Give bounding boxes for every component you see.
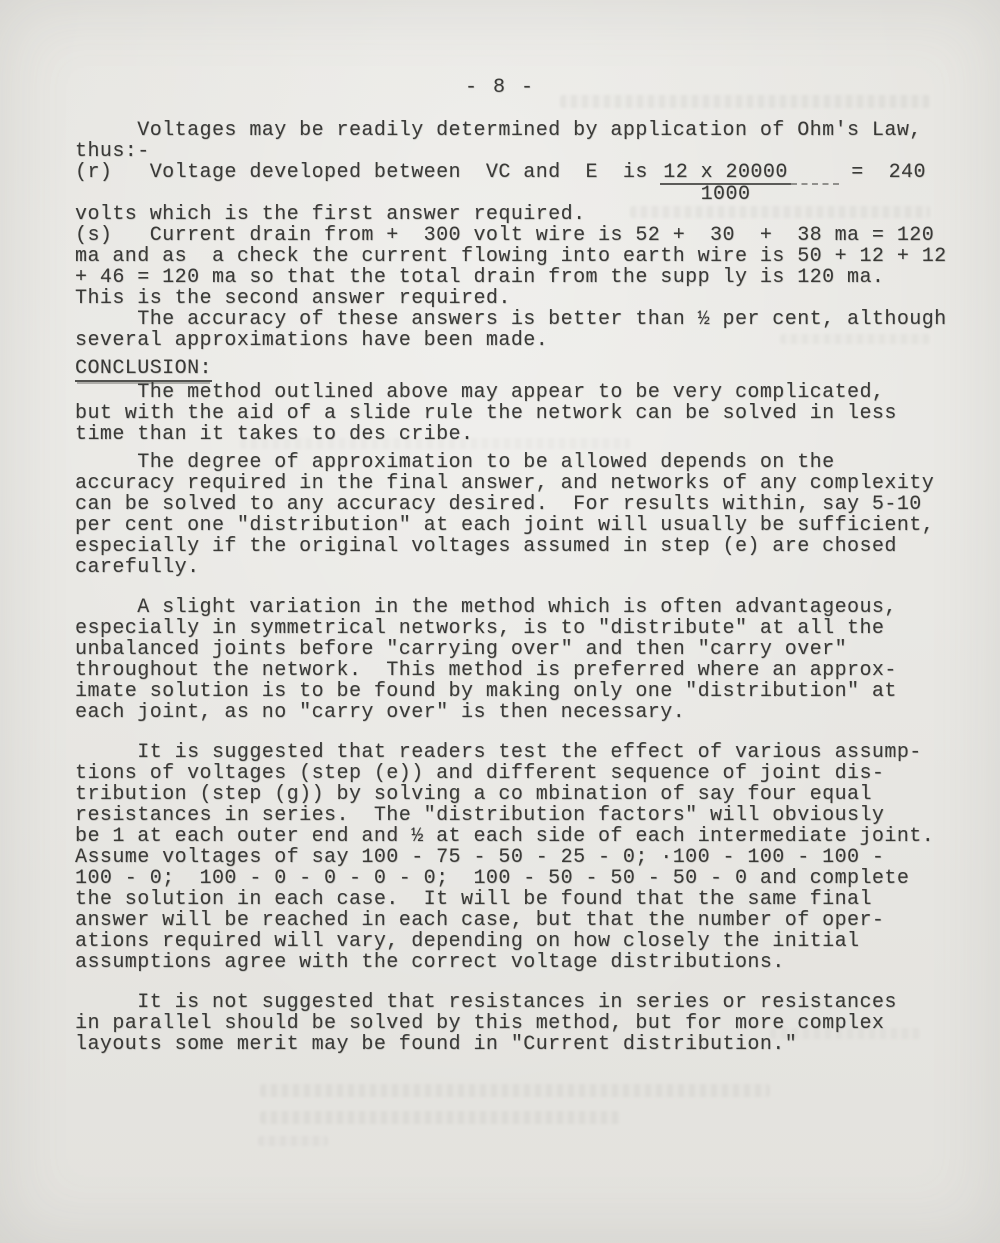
text-line: per cent one "distribution" at each join… bbox=[75, 515, 945, 536]
text-line: + 46 = 120 ma so that the total drain fr… bbox=[75, 267, 945, 288]
bleed-through-smudge bbox=[780, 334, 930, 344]
fraction-denominator: 1000 bbox=[701, 185, 751, 204]
bleed-through-smudge bbox=[630, 206, 930, 218]
bleed-through-smudge bbox=[560, 95, 930, 108]
bleed-through-smudge bbox=[240, 438, 630, 449]
paragraph-method-outlined: The method outlined above may appear to … bbox=[75, 382, 945, 445]
text-segment: = 240 bbox=[839, 162, 926, 183]
text-line: can be solved to any accuracy desired. F… bbox=[75, 494, 945, 515]
text-body: Voltages may be readily determined by ap… bbox=[75, 120, 945, 1055]
bleed-through-smudge bbox=[770, 1028, 920, 1039]
text-line: but with the aid of a slide rule the net… bbox=[75, 403, 945, 424]
text-line: 100 - 0; 100 - 0 - 0 - 0 - 0; 100 - 50 -… bbox=[75, 868, 945, 889]
text-line: tribution (step (g)) by solving a co mbi… bbox=[75, 784, 945, 805]
bleed-through-smudge bbox=[260, 1111, 620, 1124]
text-line: tions of voltages (step (e)) and differe… bbox=[75, 763, 945, 784]
text-segment: (r) Voltage developed between VC and E i… bbox=[75, 162, 660, 183]
paragraph-suggested-test: It is suggested that readers test the ef… bbox=[75, 742, 945, 973]
fraction-line: (r) Voltage developed between VC and E i… bbox=[75, 162, 945, 204]
text-line: Voltages may be readily determined by ap… bbox=[75, 120, 945, 141]
text-line: Assume voltages of say 100 - 75 - 50 - 2… bbox=[75, 847, 945, 868]
text-line: be 1 at each outer end and ½ at each sid… bbox=[75, 826, 945, 847]
conclusion-heading: CONCLUSION: bbox=[75, 358, 945, 382]
heading-line: CONCLUSION: bbox=[75, 358, 945, 382]
text-line: The accuracy of these answers is better … bbox=[75, 309, 945, 330]
text-line: The degree of approximation to be allowe… bbox=[75, 452, 945, 473]
text-line: especially if the original voltages assu… bbox=[75, 536, 945, 557]
text-line: resistances in series. The "distribution… bbox=[75, 805, 945, 826]
paragraph-not-suggested: It is not suggested that resistances in … bbox=[75, 992, 945, 1055]
text-line: It is not suggested that resistances in … bbox=[75, 992, 945, 1013]
paragraph-degree-of-approximation: The degree of approximation to be allowe… bbox=[75, 452, 945, 578]
section-heading: CONCLUSION: bbox=[75, 358, 212, 382]
text-line: the solution in each case. It will be fo… bbox=[75, 889, 945, 910]
text-line: carefully. bbox=[75, 557, 945, 578]
text-line: thus:- bbox=[75, 141, 945, 162]
text-line: throughout the network. This method is p… bbox=[75, 660, 945, 681]
text-line: assumptions agree with the correct volta… bbox=[75, 952, 945, 973]
text-line: ma and as a check the current flowing in… bbox=[75, 246, 945, 267]
bleed-through-smudge bbox=[258, 1136, 328, 1146]
scanned-document-page: - 8 - Voltages may be readily determined… bbox=[0, 0, 1000, 1243]
text-line: ations required will vary, depending on … bbox=[75, 931, 945, 952]
text-line: This is the second answer required. bbox=[75, 288, 945, 309]
underline-extension bbox=[791, 162, 839, 185]
text-line: It is suggested that readers test the ef… bbox=[75, 742, 945, 763]
fraction-numerator: 12 x 20000 bbox=[660, 162, 791, 185]
text-line: unbalanced joints before "carrying over"… bbox=[75, 639, 945, 660]
paragraph-slight-variation: A slight variation in the method which i… bbox=[75, 597, 945, 723]
text-line: (s) Current drain from + 300 volt wire i… bbox=[75, 225, 945, 246]
text-line: A slight variation in the method which i… bbox=[75, 597, 945, 618]
paragraph-voltages: Voltages may be readily determined by ap… bbox=[75, 120, 945, 351]
text-line: answer will be reached in each case, but… bbox=[75, 910, 945, 931]
fraction: 12 x 200001000 bbox=[660, 162, 791, 204]
text-line: accuracy required in the final answer, a… bbox=[75, 473, 945, 494]
text-line: each joint, as no "carry over" is then n… bbox=[75, 702, 945, 723]
text-line: imate solution is to be found by making … bbox=[75, 681, 945, 702]
text-line: especially in symmetrical networks, is t… bbox=[75, 618, 945, 639]
bleed-through-smudge bbox=[260, 1084, 770, 1097]
text-line: The method outlined above may appear to … bbox=[75, 382, 945, 403]
